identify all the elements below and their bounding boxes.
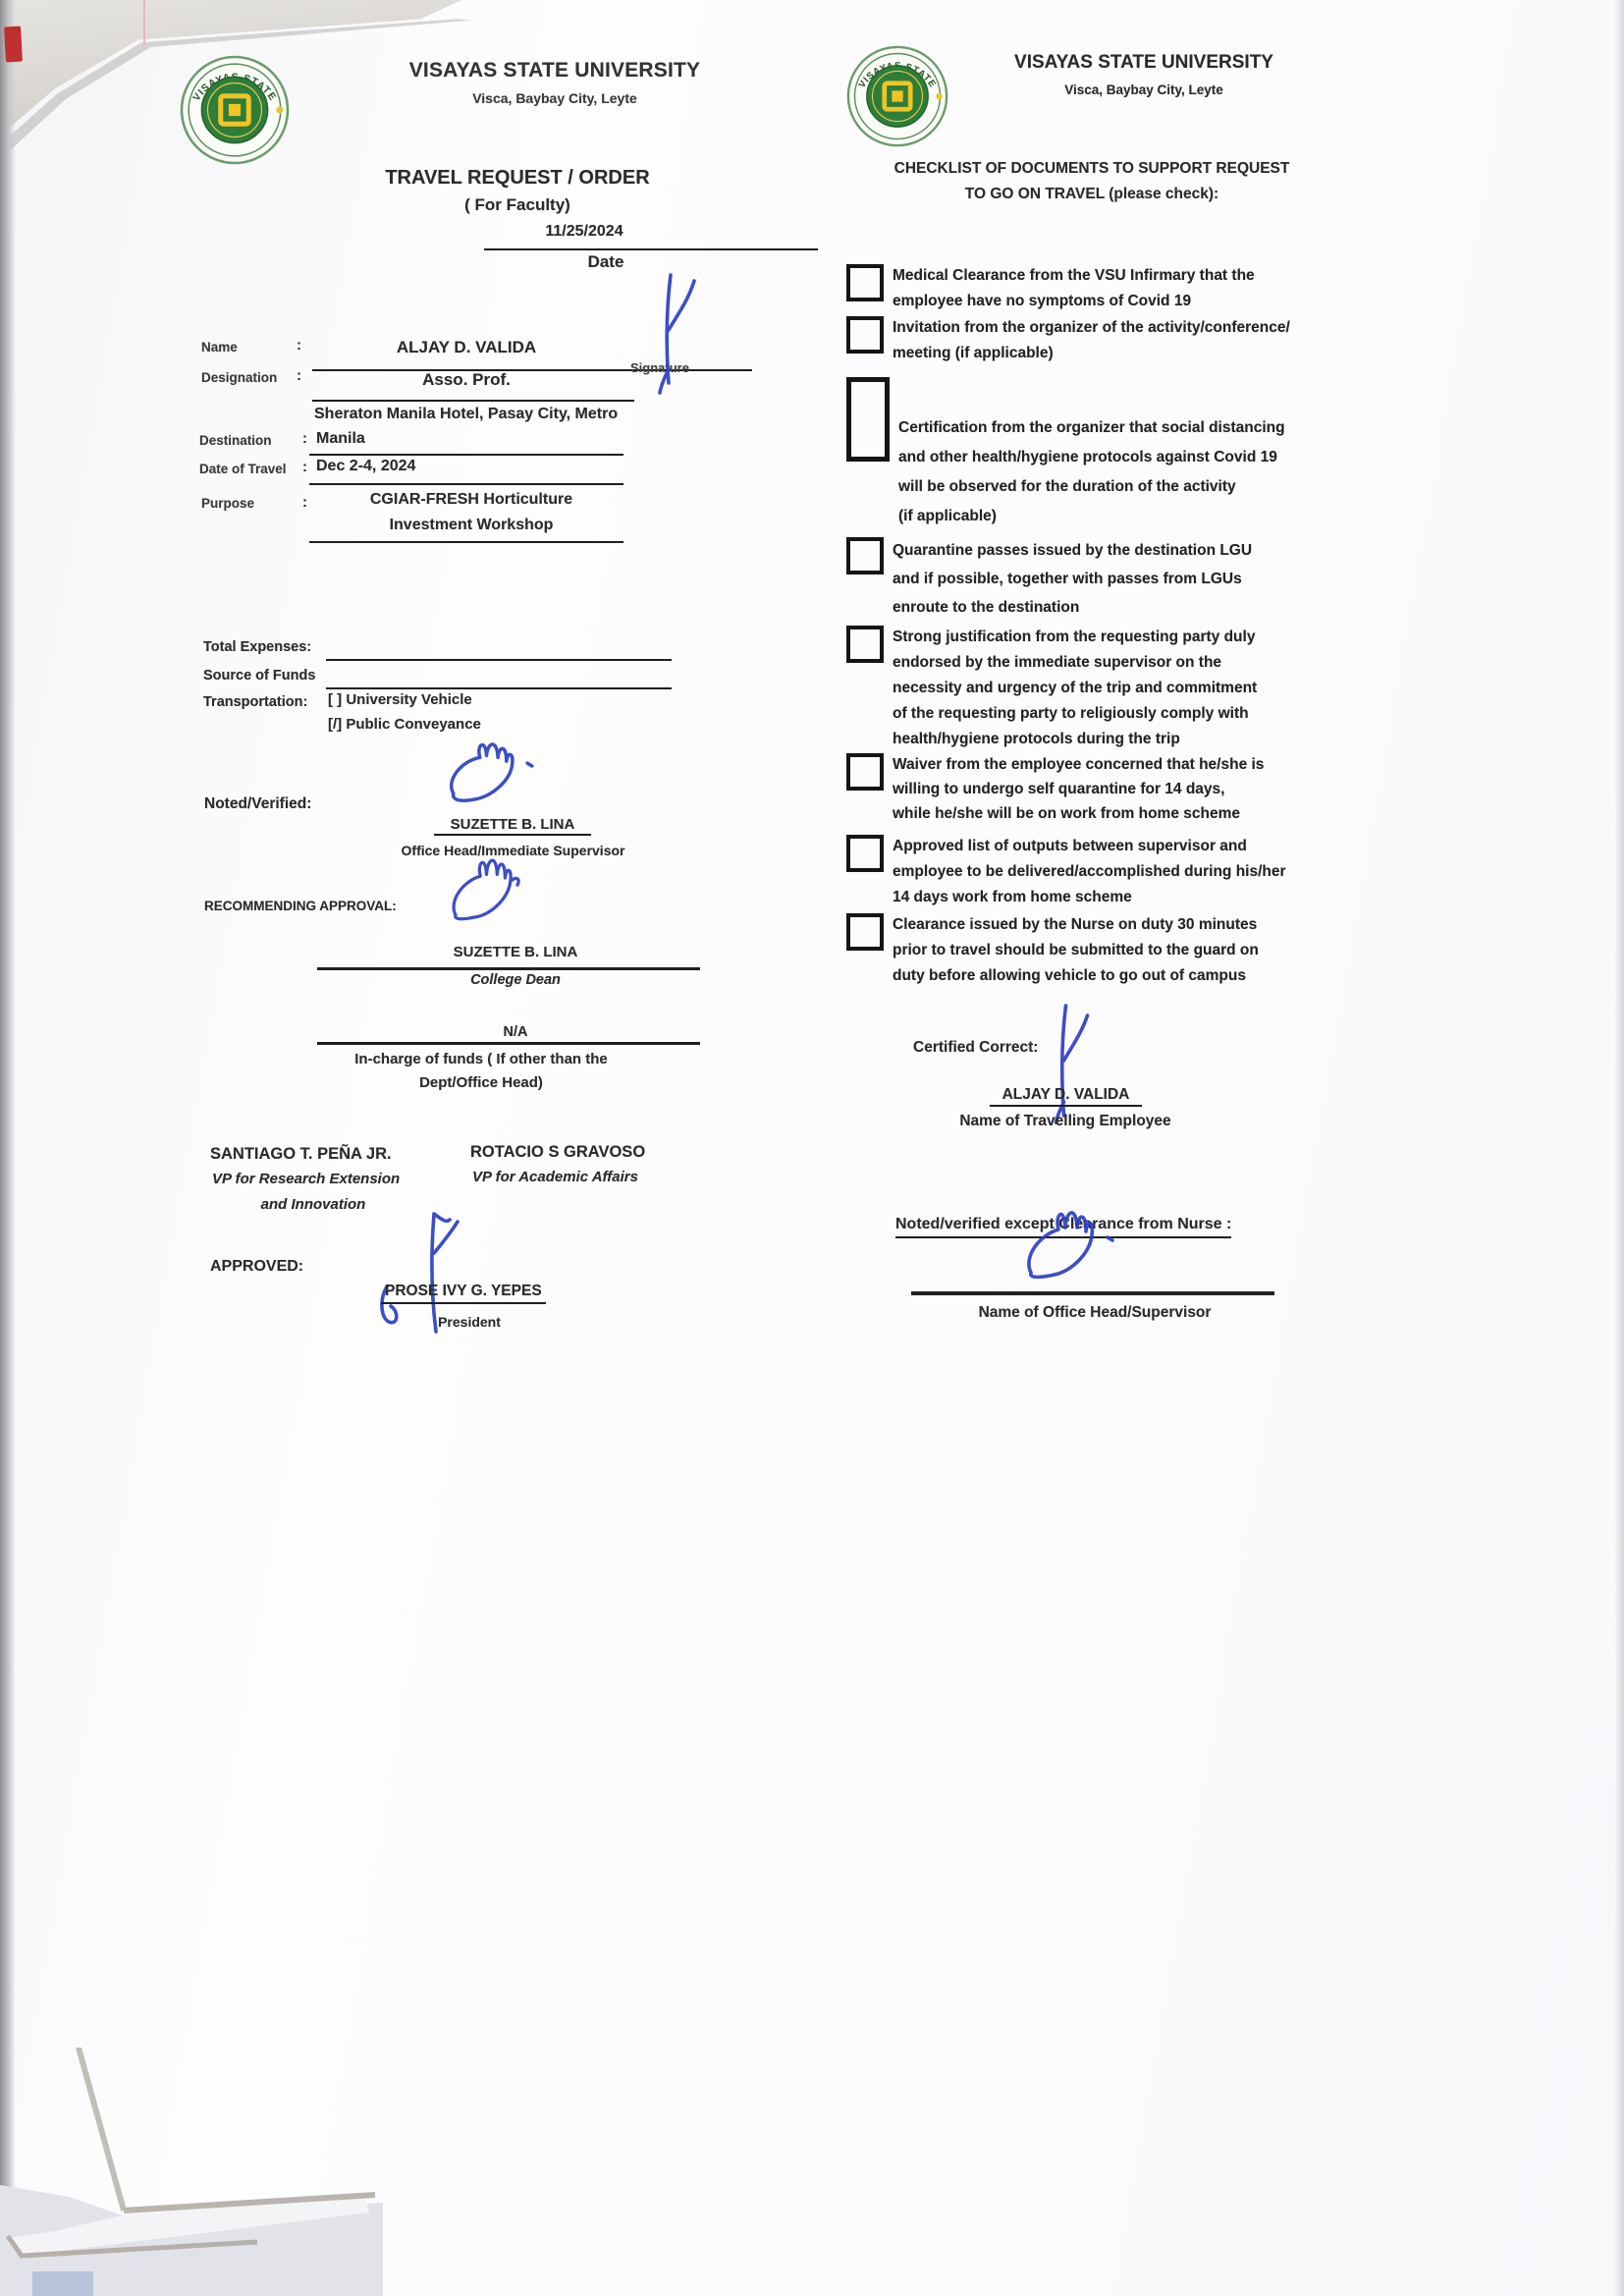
checklist-line: enroute to the destination [893,593,1379,622]
designation-line [312,400,634,402]
scan-right-edge [1614,0,1624,2296]
vp-research-title-line1: VP for Research Extension [212,1171,400,1187]
signature-valida-left [633,273,702,396]
president-title: President [401,1314,538,1330]
signature-lina-2 [447,847,553,945]
university-name-left: VISAYAS STATE UNIVERSITY [295,59,815,82]
designation-label: Designation [201,370,277,385]
colon: : [297,367,301,384]
checklist-line: Quarantine passes issued by the destinat… [893,536,1379,565]
vp-research-name: SANTIAGO T. PEÑA JR. [210,1145,392,1164]
date-line [484,248,818,250]
noted-name: SUZETTE B. LINA [434,816,591,836]
checklist-line: meeting (if applicable) [893,341,1379,366]
total-expenses-label: Total Expenses: [203,639,311,655]
date-caption: Date [508,252,704,272]
signature-lina-1 [442,738,560,819]
checklist-item: Invitation from the organizer of the act… [846,315,1379,366]
checklist-item: Strong justification from the requesting… [846,625,1379,752]
checklist-item: Certification from the organizer that so… [846,376,1384,531]
checklist-line: (if applicable) [898,502,1384,531]
destination-label: Destination [199,433,272,448]
checklist-line: Approved list of outputs between supervi… [893,834,1379,859]
checkbox[interactable] [846,264,884,301]
transport-option-university-vehicle: [ ] University Vehicle [328,691,472,708]
checklist-line: employee to be delivered/accomplished du… [893,859,1379,885]
vsu-seal-left: VISAYAS STATE UNIVERSITY [180,55,290,165]
president-name: PROSE IVY G. YEPES [381,1283,546,1304]
checklist-title-line1: CHECKLIST OF DOCUMENTS TO SUPPORT REQUES… [837,160,1347,178]
vp-academic-name: ROTACIO S GRAVOSO [470,1143,645,1162]
name-value: ALJAY D. VALIDA [314,338,619,357]
checklist-line: Certification from the organizer that so… [898,413,1384,443]
destination-line [309,454,623,456]
recommending-title: College Dean [422,972,609,988]
checkbox[interactable] [846,377,890,462]
scanned-travel-request-document: VISAYAS STATE UNIVERSITY VISAYAS STATE U… [0,0,1624,2296]
date-value: 11/25/2024 [486,223,682,241]
signature-valida-right [1026,1004,1100,1126]
checklist-item: Clearance issued by the Nurse on duty 30… [846,912,1379,989]
vp-academic-title: VP for Academic Affairs [472,1169,638,1185]
travel-date-line [309,483,623,485]
red-ink-mark [4,27,23,63]
checkbox[interactable] [846,913,884,951]
checkbox[interactable] [846,316,884,354]
transport-option-public-conveyance: [/] Public Conveyance [328,716,481,733]
checklist-line: endorsed by the immediate supervisor on … [893,650,1379,676]
checklist-item: Medical Clearance from the VSU Infirmary… [846,263,1379,314]
purpose-line [309,541,623,543]
checklist-item: Quarantine passes issued by the destinat… [846,536,1379,622]
university-address-right: Visca, Baybay City, Leyte [913,82,1375,97]
destination-value-line2: Manila [316,430,365,448]
stacked-paper-edges [0,2048,383,2296]
pink-scan-line [143,0,145,45]
checkbox[interactable] [846,537,884,574]
checkbox[interactable] [846,753,884,791]
transportation-label: Transportation: [203,694,307,710]
total-expenses-line [326,659,672,661]
checklist-line: will be observed for the duration of the… [898,472,1384,502]
signature-lina-3 [1021,1206,1139,1299]
travel-date-value: Dec 2-4, 2024 [316,458,415,475]
travel-date-label: Date of Travel [199,462,287,476]
designation-value: Asso. Prof. [314,370,619,390]
checklist-title-line2: TO GO ON TRAVEL (please check): [837,186,1347,203]
checklist-item: Approved list of outputs between supervi… [846,834,1379,910]
supervisor-line [911,1291,1274,1295]
colon: : [302,430,307,447]
incharge-caption-line2: Dept/Office Head) [324,1074,638,1091]
purpose-value-line2: Investment Workshop [324,517,619,534]
checklist-line: of the requesting party to religiously c… [893,701,1379,727]
travelling-employee-caption: Name of Travelling Employee [943,1113,1188,1130]
incharge-caption-line1: In-charge of funds ( If other than the [324,1051,638,1067]
recommending-line [317,967,700,970]
checklist-line: necessity and urgency of the trip and co… [893,676,1379,701]
colon: : [302,494,307,511]
checklist-line: and other health/hygiene protocols again… [898,443,1384,472]
travelling-employee-name: ALJAY D. VALIDA [990,1086,1142,1107]
supervisor-caption: Name of Office Head/Supervisor [938,1304,1252,1322]
source-of-funds-label: Source of Funds [203,668,315,683]
checklist-item: Waiver from the employee concerned that … [846,752,1379,826]
certified-correct-label: Certified Correct: [913,1039,1038,1057]
destination-value-line1: Sheraton Manila Hotel, Pasay City, Metro [314,406,618,423]
form-subtitle: ( For Faculty) [257,195,778,215]
checklist-line: willing to undergo self quarantine for 1… [893,777,1379,801]
source-of-funds-line [326,687,672,689]
checkbox[interactable] [846,626,884,663]
checklist-line: Waiver from the employee concerned that … [893,752,1379,777]
colon: : [297,337,301,354]
purpose-label: Purpose [201,496,254,511]
purpose-value-line1: CGIAR-FRESH Horticulture [324,491,619,509]
colon: : [302,459,307,475]
checklist-line: Medical Clearance from the VSU Infirmary… [893,263,1379,289]
checklist-line: health/hygiene protocols during the trip [893,727,1379,752]
checklist-line: Strong justification from the requesting… [893,625,1379,650]
name-label: Name [201,340,238,355]
checklist-line: prior to travel should be submitted to t… [893,938,1379,963]
checklist-line: employee have no symptoms of Covid 19 [893,289,1379,314]
checklist-line: while he/she will be on work from home s… [893,801,1379,826]
checklist-line: Invitation from the organizer of the act… [893,315,1379,341]
checklist-line: 14 days work from home scheme [893,885,1379,910]
noted-verified-label: Noted/Verified: [204,795,311,813]
recommending-approval-label: RECOMMENDING APPROVAL: [204,899,397,913]
checkbox[interactable] [846,835,884,872]
form-title: TRAVEL REQUEST / ORDER [257,167,778,190]
checklist-line: Clearance issued by the Nurse on duty 30… [893,912,1379,938]
checklist-line: duty before allowing vehicle to go out o… [893,963,1379,989]
incharge-value: N/A [437,1024,594,1040]
incharge-line [317,1042,700,1045]
scan-left-edge [0,0,16,2296]
university-name-right: VISAYAS STATE UNIVERSITY [913,52,1375,74]
approved-label: APPROVED: [210,1258,303,1276]
recommending-name: SUZETTE B. LINA [437,944,594,960]
university-address-left: Visca, Baybay City, Leyte [295,90,815,106]
checklist-line: and if possible, together with passes fr… [893,565,1379,593]
